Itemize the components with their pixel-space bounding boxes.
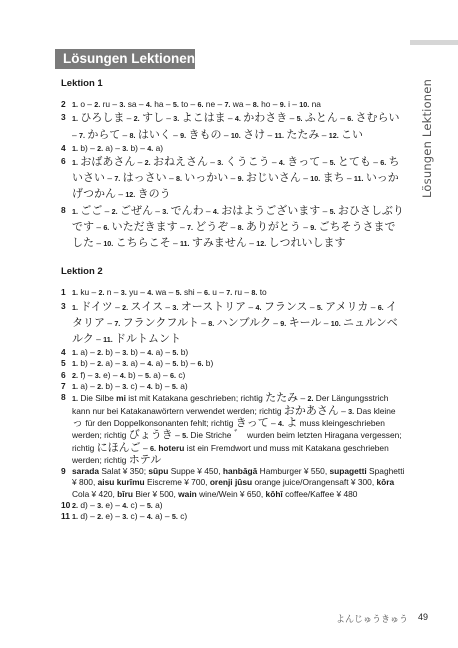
lesson-2-section: Lektion 2 11. ku – 2. n – 3. yu – 4. wa … xyxy=(61,266,406,522)
exercise-answer: 61. おばあさん – 2. おねえさん – 3. くうこう – 4. きって … xyxy=(61,154,406,203)
exercise-answer: 81. ごご – 2. ごぜん – 3. でんわ – 4. おはようございます … xyxy=(61,203,406,252)
exercise-number: 9 xyxy=(61,466,72,500)
exercise-number: 4 xyxy=(61,347,72,358)
exercise-text: sarada Salat ¥ 350; sūpu Suppe ¥ 450, ha… xyxy=(72,466,406,500)
exercise-text: 1. a) – 2. b) – 3. c) – 4. b) – 5. a) xyxy=(72,381,406,392)
exercise-number: 7 xyxy=(61,381,72,392)
exercise-answer: 111. d) – 2. e) – 3. c) – 4. a) – 5. c) xyxy=(61,511,406,522)
side-tab-label: Lösungen Lektionen xyxy=(420,0,434,198)
exercise-text: 1. おばあさん – 2. おねえさん – 3. くうこう – 4. きって –… xyxy=(72,154,406,203)
lesson-1-exercises: 21. o – 2. ru – 3. sa – 4. ha – 5. to – … xyxy=(61,99,406,251)
exercise-answer: 31. ひろしま – 2. すし – 3. よこはま – 4. かわさき – 5… xyxy=(61,110,406,142)
exercise-number: 8 xyxy=(61,203,72,252)
answers-content: Lektion 1 21. o – 2. ru – 3. sa – 4. ha … xyxy=(61,78,406,523)
exercise-answer: 71. a) – 2. b) – 3. c) – 4. b) – 5. a) xyxy=(61,381,406,392)
exercise-text: 1. b) – 2. a) – 3. b) – 4. a) xyxy=(72,143,406,154)
exercise-number: 6 xyxy=(61,370,72,381)
exercise-text: 1. ku – 2. n – 3. yu – 4. wa – 5. shi – … xyxy=(72,287,406,298)
exercise-number: 10 xyxy=(61,500,72,511)
exercise-text: 1. d) – 2. e) – 3. c) – 4. a) – 5. c) xyxy=(72,511,406,522)
exercise-text: 1. Die Silbe mi ist mit Katakana geschri… xyxy=(72,392,406,466)
exercise-text: 1. a) – 2. b) – 3. b) – 4. a) – 5. b) xyxy=(72,347,406,358)
exercise-text: 1. b) – 2. a) – 3. a) – 4. a) – 5. b) – … xyxy=(72,358,406,369)
lesson-heading: Lektion 1 xyxy=(61,78,406,89)
exercise-answer: 81. Die Silbe mi ist mit Katakana geschr… xyxy=(61,392,406,466)
exercise-number: 1 xyxy=(61,287,72,298)
exercise-number: 11 xyxy=(61,511,72,522)
exercise-text: 2. d) – 3. e) – 4. c) – 5. a) xyxy=(72,500,406,511)
page-number: 49 xyxy=(418,612,428,622)
exercise-number: 4 xyxy=(61,143,72,154)
exercise-number: 5 xyxy=(61,358,72,369)
exercise-answer: 41. b) – 2. a) – 3. b) – 4. a) xyxy=(61,143,406,154)
lesson-heading: Lektion 2 xyxy=(61,266,406,277)
exercise-number: 3 xyxy=(61,110,72,142)
page-title: Lösungen Lektionen xyxy=(55,49,195,69)
exercise-answer: 9sarada Salat ¥ 350; sūpu Suppe ¥ 450, h… xyxy=(61,466,406,500)
page-number-kana: よんじゅうきゅう xyxy=(336,612,408,625)
exercise-answer: 31. ドイツ – 2. スイス – 3. オーストリア – 4. フランス –… xyxy=(61,299,406,348)
lesson-1-section: Lektion 1 21. o – 2. ru – 3. sa – 4. ha … xyxy=(61,78,406,251)
exercise-text: 1. ドイツ – 2. スイス – 3. オーストリア – 4. フランス – … xyxy=(72,299,406,348)
exercise-number: 6 xyxy=(61,154,72,203)
exercise-answer: 62. f) – 3. e) – 4. b) – 5. a) – 6. c) xyxy=(61,370,406,381)
exercise-answer: 102. d) – 3. e) – 4. c) – 5. a) xyxy=(61,500,406,511)
exercise-number: 8 xyxy=(61,392,72,466)
side-tab-bar xyxy=(410,40,458,45)
exercise-answer: 51. b) – 2. a) – 3. a) – 4. a) – 5. b) –… xyxy=(61,358,406,369)
exercise-answer: 11. ku – 2. n – 3. yu – 4. wa – 5. shi –… xyxy=(61,287,406,298)
exercise-number: 3 xyxy=(61,299,72,348)
exercise-answer: 41. a) – 2. b) – 3. b) – 4. a) – 5. b) xyxy=(61,347,406,358)
exercise-text: 1. ひろしま – 2. すし – 3. よこはま – 4. かわさき – 5.… xyxy=(72,110,406,142)
exercise-number: 2 xyxy=(61,99,72,110)
exercise-text: 1. o – 2. ru – 3. sa – 4. ha – 5. to – 6… xyxy=(72,99,406,110)
exercise-answer: 21. o – 2. ru – 3. sa – 4. ha – 5. to – … xyxy=(61,99,406,110)
exercise-text: 2. f) – 3. e) – 4. b) – 5. a) – 6. c) xyxy=(72,370,406,381)
exercise-text: 1. ごご – 2. ごぜん – 3. でんわ – 4. おはようございます –… xyxy=(72,203,406,252)
lesson-2-exercises: 11. ku – 2. n – 3. yu – 4. wa – 5. shi –… xyxy=(61,287,406,522)
